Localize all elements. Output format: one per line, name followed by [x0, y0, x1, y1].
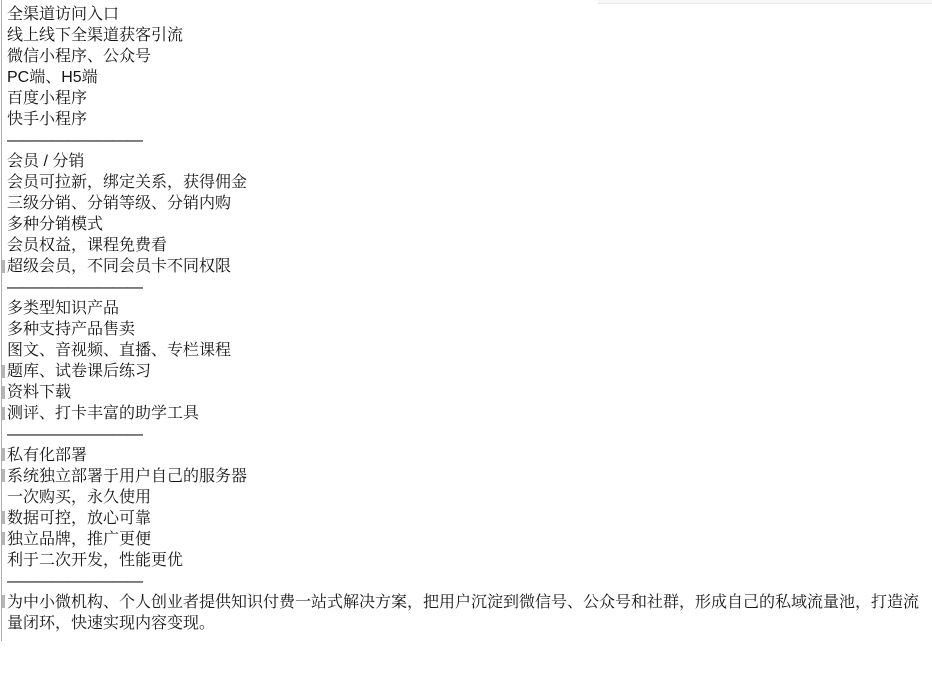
feature-line: 会员可拉新，绑定关系，获得佣金: [7, 172, 923, 193]
clipped-glyph-artifact: [2, 448, 5, 461]
feature-line: 一次购买，永久使用: [7, 487, 923, 508]
section-divider: —————————: [7, 130, 923, 151]
clipped-glyph-artifact: [2, 407, 5, 420]
feature-line: 会员权益，课程免费看: [7, 235, 923, 256]
feature-line: 独立品牌，推广更便: [7, 529, 923, 550]
feature-line: 会员 / 分销: [7, 151, 923, 172]
feature-line: 私有化部署: [7, 445, 923, 466]
feature-line: 数据可控，放心可靠: [7, 508, 923, 529]
feature-line: 三级分销、分销等级、分销内购: [7, 193, 923, 214]
section-divider: —————————: [7, 424, 923, 445]
feature-line: 微信小程序、公众号: [7, 46, 923, 67]
sections-container: 全渠道访问入口线上线下全渠道获客引流微信小程序、公众号PC端、H5端百度小程序快…: [7, 4, 923, 592]
feature-line: 题库、试卷课后练习: [7, 361, 923, 382]
feature-line: 测评、打卡丰富的助学工具: [7, 403, 923, 424]
clipped-glyph-artifact: [2, 260, 5, 273]
feature-line: 线上线下全渠道获客引流: [7, 25, 923, 46]
section-divider: —————————: [7, 571, 923, 592]
feature-line: 多种分销模式: [7, 214, 923, 235]
feature-line: 多种支持产品售卖: [7, 319, 923, 340]
clipped-glyph-artifact: [2, 469, 5, 482]
feature-line: 百度小程序: [7, 88, 923, 109]
page: { "feature_sections": [ { "lines": [ "全渠…: [0, 0, 932, 676]
clipped-glyph-artifact: [2, 386, 5, 399]
feature-line: 资料下载: [7, 382, 923, 403]
clipped-glyph-artifact: [2, 511, 5, 524]
feature-list: 全渠道访问入口线上线下全渠道获客引流微信小程序、公众号PC端、H5端百度小程序快…: [7, 4, 923, 634]
feature-line: PC端、H5端: [7, 67, 923, 88]
clipped-glyph-artifact: [2, 365, 5, 378]
feature-line: 多类型知识产品: [7, 298, 923, 319]
clipped-glyph-artifact: [2, 595, 5, 608]
feature-line: 系统独立部署于用户自己的服务器: [7, 466, 923, 487]
summary-paragraph: 为中小微机构、个人创业者提供知识付费一站式解决方案，把用户沉淀到微信号、公众号和…: [7, 592, 923, 634]
feature-line: 快手小程序: [7, 109, 923, 130]
section-divider: —————————: [7, 277, 923, 298]
feature-line: 全渠道访问入口: [7, 4, 923, 25]
feature-line: 超级会员，不同会员卡不同权限: [7, 256, 923, 277]
feature-line: 图文、音视频、直播、专栏课程: [7, 340, 923, 361]
feature-line: 利于二次开发，性能更优: [7, 550, 923, 571]
clipped-glyph-artifact: [2, 532, 5, 545]
